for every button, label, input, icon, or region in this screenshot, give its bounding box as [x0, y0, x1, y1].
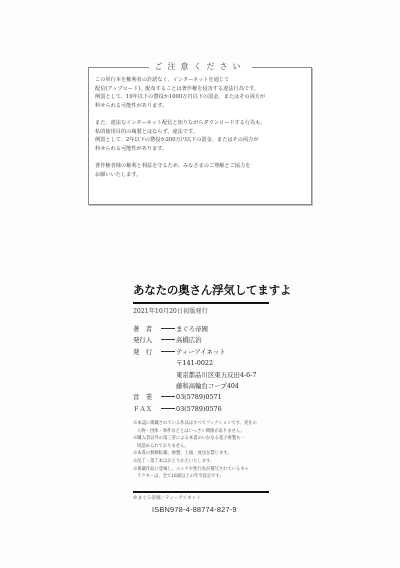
legal-notes: ※本誌に掲載されている作品はすべてフィクションです。実在の 人物・団体・事件など… [133, 420, 273, 481]
credit-label: 著 者 [133, 324, 161, 335]
notice-line: 科せられる可能性があります。 [95, 102, 306, 111]
note-line: ※購入者以外の第三者による本書のいかなる電子複製も一 [133, 435, 273, 443]
notice-line: 例罰として、10年以下の懲役か1000万円以下の罰金、またはその両方が [95, 93, 306, 102]
contact-label: ＦＡＸ [133, 404, 161, 415]
copyright-notice-box: ご注意ください この単行本を権利者の許諾なく、インターネットを通じて 配信(アッ… [88, 67, 312, 205]
colophon-header: あなたの奥さん浮気してますよ 2021年10月20日初版発行 [133, 283, 269, 315]
credit-row-publisher: 発 行 ティーアイネット [133, 347, 256, 358]
notice-line: 著作権者様の権利と利益を守るため、みなさまのご理解とご協力を [95, 162, 306, 171]
notice-title: ご注意ください [89, 61, 311, 72]
notice-line: 配信(アップロード)、配布することは著作権を侵害する違法行為です。 [95, 85, 306, 94]
contact-label: 営 業 [133, 392, 161, 403]
note-line: ※乱丁・落丁本はおとりかえいたします。 [133, 458, 273, 466]
address-building: 藤和高輪台コープ404 [133, 381, 256, 392]
dash-divider [161, 347, 175, 352]
note-digital-copy: ※購入者以外の第三者による本書のいかなる電子複製も一 切認められておりません。 [133, 435, 273, 450]
notice-line: 例罰として、2年以下の懲役か200万円以下の罰金、またはその両方が [95, 136, 306, 145]
note-line: 人物・団体・事件などとはいっさい関係がありません。 [133, 428, 273, 436]
notice-title-text: ご注意ください [149, 62, 252, 71]
notice-paragraph-download: また、違法なインターネット配信と知りながらダウンロードする行為も、 私的使用目的… [95, 119, 306, 153]
note-age: ※掲載作品に登場し、エッチや性行為が描写されているキャ ラクターは、全て18歳以… [133, 466, 273, 481]
footer-rule-divider [133, 491, 269, 493]
address-street: 東京都品川区東五反田4-6-7 [133, 370, 256, 381]
address-postal-code: 〒141-0022 [133, 358, 256, 369]
dash-divider [161, 392, 175, 397]
note-line: ラクターは、全て18歳以上の年令設定です。 [133, 473, 273, 481]
credit-label: 発 行 [133, 347, 161, 358]
note-line: ※掲載作品に登場し、エッチや性行為が描写されているキャ [133, 466, 273, 474]
notice-line: お願いいたします。 [95, 171, 306, 180]
notice-body: この単行本を権利者の許諾なく、インターネットを通じて 配信(アップロード)、配布… [95, 76, 306, 188]
contact-value: 03(5789)0571 [176, 392, 222, 403]
note-line: ※本誌に掲載されている作品はすべてフィクションです。実在の [133, 420, 273, 428]
contact-value: 03(5789)0576 [176, 404, 222, 415]
note-line: ※本書の無断転載、複製、上演、放送を禁じます。 [133, 450, 273, 458]
dash-divider [161, 404, 175, 409]
isbn: ISBN978-4-88774-827-9 [152, 505, 237, 514]
contact-row-fax: ＦＡＸ 03(5789)0576 [133, 404, 256, 415]
contact-row-sales: 営 業 03(5789)0571 [133, 392, 256, 403]
credit-label: 発行人 [133, 335, 161, 346]
title-rule-divider [133, 302, 269, 304]
book-back-matter-page: ご注意ください この単行本を権利者の許諾なく、インターネットを通じて 配信(アッ… [0, 0, 400, 568]
notice-line: この単行本を権利者の許諾なく、インターネットを通じて [95, 76, 306, 85]
credit-value: まぐろ帝國 [176, 324, 208, 335]
credit-row-author: 著 者 まぐろ帝國 [133, 324, 256, 335]
notice-paragraph-upload: この単行本を権利者の許諾なく、インターネットを通じて 配信(アップロード)、配布… [95, 76, 306, 110]
note-replacement: ※乱丁・落丁本はおとりかえいたします。 [133, 458, 273, 466]
dash-divider [161, 335, 175, 340]
notice-line: 科せられる可能性があります。 [95, 145, 306, 154]
credit-row-publisher-person: 発行人 高橋広治 [133, 335, 256, 346]
publication-date: 2021年10月20日初版発行 [133, 306, 269, 315]
credit-value: ティーアイネット [176, 347, 226, 358]
note-reproduction: ※本書の無断転載、複製、上演、放送を禁じます。 [133, 450, 273, 458]
notice-paragraph-request: 著作権者様の権利と利益を守るため、みなさまのご理解とご協力を お願いいたします。 [95, 162, 306, 179]
note-fiction: ※本誌に掲載されている作品はすべてフィクションです。実在の 人物・団体・事件など… [133, 420, 273, 435]
copyright-line: ©まぐろ帝國／ティーアイネット [133, 495, 201, 501]
colophon-credits: 著 者 まぐろ帝國 発行人 高橋広治 発 行 ティーアイネット 〒141-002… [133, 324, 256, 415]
credit-value: 高橋広治 [176, 335, 202, 346]
notice-line: 私的使用目的の複製とはならず、違法です。 [95, 128, 306, 137]
notice-line: また、違法なインターネット配信と知りながらダウンロードする行為も、 [95, 119, 306, 128]
dash-divider [161, 324, 175, 329]
note-line: 切認められておりません。 [133, 443, 273, 451]
book-title: あなたの奥さん浮気してますよ [133, 283, 269, 297]
